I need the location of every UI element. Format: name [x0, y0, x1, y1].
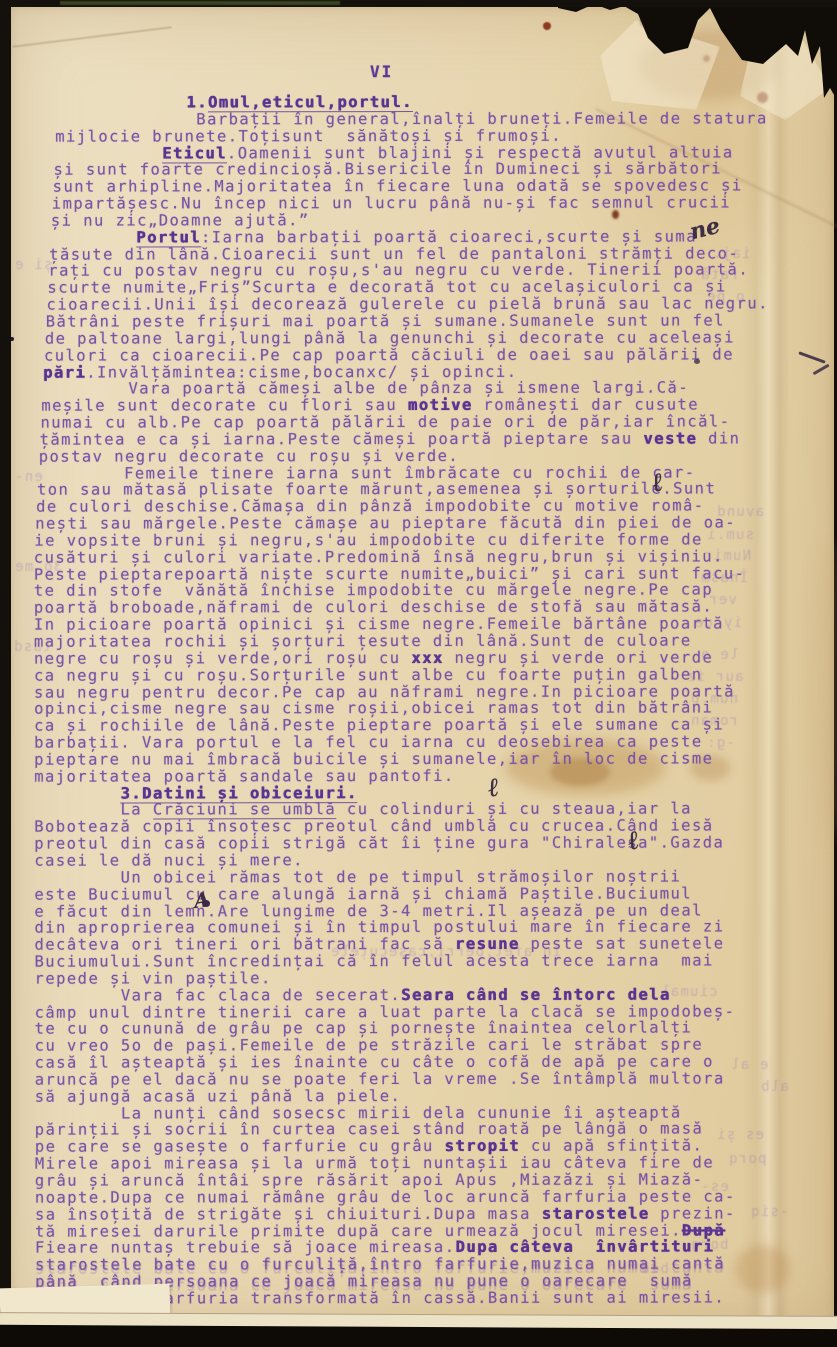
text-line: este Buciumul cu care alungă iarnă și ch…: [34, 885, 814, 903]
text-line: Barbații în general,înalți bruneți.Femei…: [56, 110, 813, 128]
text-line: majoritatea poartă sandale sau pantofi.: [34, 767, 814, 785]
text-line: mijlocie brunete.Toțisunt sănătoși și fr…: [55, 127, 813, 145]
scan-edge-bottom: [0, 1325, 837, 1347]
text-line: Buciumului.Sunt încredințai că în felul …: [34, 952, 814, 970]
text-line: aruncă pe el dacă nu se poate feri la vr…: [35, 1070, 815, 1088]
text-line: Vara fac claca de secerat.Seara când se …: [35, 986, 815, 1004]
page-number: VI: [370, 62, 393, 81]
text-line: să ajungă acasă uzi până la piele.: [35, 1087, 815, 1105]
text-line: In picioare poartă opinici și cisme negr…: [34, 615, 814, 633]
text-line: pieptare nu mai îmbracă buicile și suman…: [34, 750, 814, 768]
ink-blot: [202, 900, 210, 907]
text-line: Un obicei rămas tot de pe timpul strămoș…: [34, 868, 814, 886]
ink-dot: [694, 359, 700, 364]
text-line: ca negru și cu roșu.Sorțurile sunt albe …: [34, 666, 814, 684]
text-line: impartășesc.Nu încep nici un lucru până …: [52, 194, 813, 212]
text-line: țămintea e ca și iarna.Peste cămeși poar…: [40, 430, 814, 448]
scanned-document: iaj.ratăo peavundsum.iNumirÎnasmveriy ce…: [0, 0, 837, 1347]
scan-edge-green-sliver: [60, 1, 340, 5]
text-line: repede și vin paștile.: [35, 969, 815, 987]
typewritten-content: VI 1.Omul,eticul,portul. Barbații în gen…: [0, 0, 837, 1347]
text-line: postav negru decorate cu roșu și verde.: [39, 447, 814, 465]
text-line: preotul din casă copii strigă căt îi țin…: [34, 834, 814, 852]
text-line: casei le dă nuci și mere.: [34, 851, 814, 869]
scan-edge-left: [0, 0, 11, 1347]
text-lines: 1.Omul,eticul,portul. Barbații în genera…: [33, 93, 815, 1307]
